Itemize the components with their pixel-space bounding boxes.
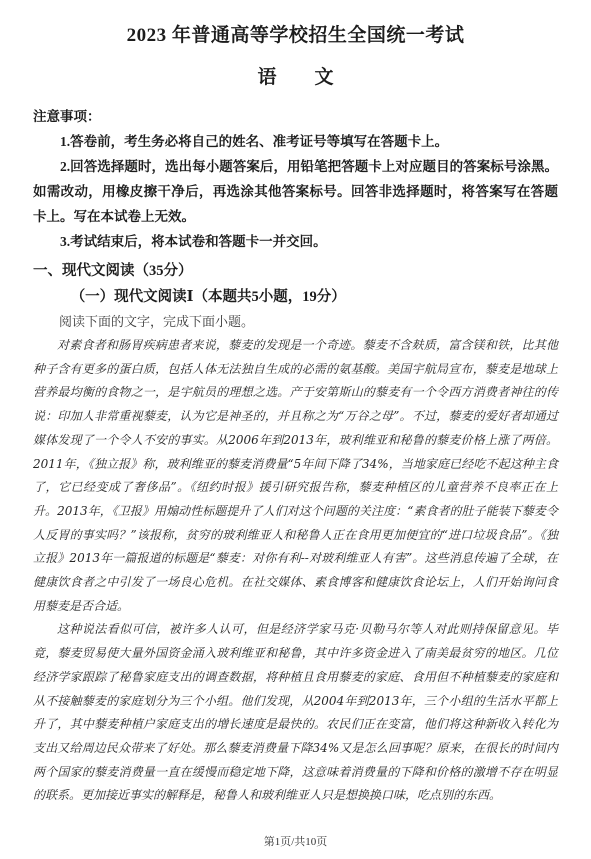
passage-paragraph-2: 这种说法看似可信，被许多人认可，但是经济学家马克·贝勒马尔等人对此则持保留意见。… [33, 618, 558, 808]
notice-item-2: 2.回答选择题时，选出每小题答案后，用铅笔把答题卡上对应题目的答案标号涂黑。如需… [33, 154, 558, 229]
passage-paragraph-1: 对素食者和肠胃疾病患者来说，藜麦的发现是一个奇迹。藜麦不含麸质，富含镁和铁，比其… [33, 334, 558, 618]
exam-subject-title: 语 文 [33, 66, 558, 90]
exam-paper-page: 2023 年普通高等学校招生全国统一考试 语 文 注意事项： 1.答卷前，考生务… [0, 0, 591, 859]
notice-item-3: 3.考试结束后，将本试卷和答题卡一并交回。 [33, 229, 558, 254]
page-number-footer: 第1页/共10页 [0, 833, 591, 849]
reading-instruction: 阅读下面的文字，完成下面小题。 [33, 310, 558, 334]
reading-passage: 对素食者和肠胃疾病患者来说，藜麦的发现是一个奇迹。藜麦不含麸质，富含镁和铁，比其… [33, 334, 558, 808]
notice-item-1: 1.答卷前，考生务必将自己的姓名、准考证号等填写在答题卡上。 [33, 129, 558, 154]
page-title: 2023 年普通高等学校招生全国统一考试 [33, 24, 558, 48]
subsection-heading-reading-1: （一）现代文阅读Ⅰ（本题共5小题，19分） [33, 284, 558, 310]
section-heading-modern-reading: 一、现代文阅读（35分） [33, 258, 558, 284]
notice-heading: 注意事项： [33, 104, 558, 129]
notice-section: 注意事项： 1.答卷前，考生务必将自己的姓名、准考证号等填写在答题卡上。 2.回… [33, 104, 558, 254]
